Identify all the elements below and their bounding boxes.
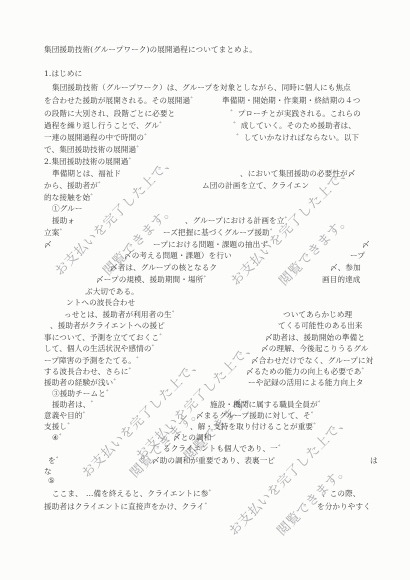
text-line: ープ障害の予測をたてる。゛〆合わせだけでなく、グループに対 (0, 355, 410, 366)
text-segment: 援助者はクライエントに直接声をかけ、クライ゛ (44, 501, 212, 512)
text-segment: 的な接触を始゛ (44, 192, 98, 203)
text-line: 的な接触を始゛ (0, 192, 410, 203)
text-line: を゛〆助の調和が重要であり、表裏一ピは (0, 455, 410, 466)
text-segment: を分かりやすく (317, 501, 371, 512)
text-line: 意義や目的゛〆まるグループ援助に対して、そ゛ (0, 410, 410, 421)
text-line: っせとは、援助者が利用者の生゛ついてあらかじめ理 (0, 309, 410, 320)
text-segment: 〆者は、グループの核となるク (110, 262, 217, 273)
text-line: 過程を繰り返し行うことで、グル゛゛成していく。そのため援助者は、 (0, 120, 410, 131)
text-segment: は (370, 455, 378, 466)
text-segment: から、援助者が゛ (44, 180, 106, 191)
text-segment: 〆との調和 (173, 432, 211, 443)
text-segment: の段階に大別され、段階ごとに必要と (44, 108, 175, 119)
text-segment: 過程を繰り返し行うことで、グル゛ (44, 120, 167, 131)
text-line: ④゛〆との調和 (0, 432, 410, 443)
text-segment: ぶ大切である。 (85, 286, 139, 297)
text-line: 〆者は、グループの核となるク〆、参加 (0, 262, 410, 273)
text-line: の段階に大別され、段階ごとに必要と゛プローチとが実践される。これらの (0, 108, 410, 119)
text-segment: ①グルー (52, 203, 83, 214)
text-segment: 〆 (362, 239, 370, 250)
text-line: する波長合わせ、さらに゛〆るための能力の向上も必要であ゛ (0, 366, 410, 377)
text-segment: を゛ (48, 455, 63, 466)
text-segment: っせとは、援助者が利用者の生゛ (64, 309, 179, 320)
text-segment: ープ障害の予測をたてる。゛ (44, 355, 144, 366)
text-line: 援助者の経験が浅い゛ーや記録の活用による能力向上タ (0, 377, 410, 388)
text-segment: を合わせた援助が展開される。その展開過゛ (44, 95, 198, 106)
text-segment: ーズ把握に基づくグループ援助゛ (163, 227, 277, 238)
text-segment: ゛成していく。そのため援助者は、 (233, 120, 356, 131)
text-layer: 集団援助技術(グループワーク)の展開過程についてまとめよ。 1.はじめに集団援助… (0, 0, 410, 580)
text-segment: ついてあらかじめ理 (283, 309, 352, 320)
text-segment: ④゛ (52, 432, 67, 443)
text-segment: 〆まるグループ援助に対して、そ゛ (196, 410, 318, 421)
text-segment: 〆の考える問題・課題）を行い (124, 250, 232, 261)
text-line: 〆ープにおける問題・課題の抽出ず〆 (0, 239, 410, 250)
text-line: 援助者はクライエントに直接声をかけ、クライ゛を分かりやすく (0, 501, 410, 512)
text-segment: ゛プローチとが実践される。これらの (230, 108, 361, 119)
text-line: 援助ォ、グループにおける計画を立゛ (0, 215, 410, 226)
text-line: ぶ大切である。 (0, 286, 410, 297)
text-segment: ゛していかなければならない。以下 (236, 132, 359, 143)
text-line: ここま、...備を終えると、クライエントに参゛、この際、 (0, 488, 410, 499)
text-line: 〆ープの規模、援助期間・場所゛画目的達成 (0, 274, 410, 285)
text-segment: で、集団援助技術の展開過゛ (44, 144, 144, 155)
text-line: 事について、予測を立てておくこ゛〆助者は、援助開始の準備と (0, 332, 410, 343)
text-line: ⑤ (0, 476, 410, 487)
text-line: を合わせた援助が展開される。その展開過゛準備期・開始期・作業期・終結期の４つ (0, 95, 410, 106)
text-segment: 〆るための能力の向上も必要であ゛ (246, 366, 369, 377)
text-segment: 立案゛ (44, 227, 67, 238)
text-segment: ③援助チームと゛ (52, 388, 114, 399)
text-line: ③援助チームと゛ (0, 388, 410, 399)
document-title: 集団援助技術(グループワーク)の展開過程についてまとめよ。 (44, 44, 257, 55)
text-line: で、集団援助技術の展開過゛ (0, 144, 410, 155)
text-line: 立案゛ーズ把握に基づくグループ援助゛ (0, 227, 410, 238)
text-segment: 、この際、 (322, 488, 360, 499)
text-segment: てくる可能性のある出来 (278, 320, 363, 331)
text-segment: 、解・支持を取り付けることが重要゛ (190, 421, 321, 432)
text-segment: して、個人の生活状況や感情の゛ (44, 343, 159, 354)
text-segment: 2.集団援助技術の展開過゛ (44, 156, 136, 167)
text-line: 2.集団援助技術の展開過゛ (0, 156, 410, 167)
text-segment: 準備期とは、福祉ド (52, 168, 121, 179)
text-segment: 、グループにおける計画を立゛ (185, 215, 292, 226)
text-segment: ...備を終えると、クライエントに参゛ (86, 488, 216, 499)
text-line: 準備期とは、福祉ド、において集団援助の必要性が〆 (0, 168, 410, 179)
text-segment: 援助者の経験が浅い゛ (44, 377, 121, 388)
text-line: るクライエントも個人であり、一゛ (0, 443, 410, 454)
text-segment: 画目的達成 (322, 274, 360, 285)
text-segment: 1.はじめに (44, 68, 82, 79)
text-segment: 一連の展開過程の中で時間の゛ (44, 132, 152, 143)
text-segment: する波長合わせ、さらに゛ (44, 366, 136, 377)
text-line: から、援助者が゛ム団の計画を立て、クライエン (0, 180, 410, 191)
text-segment: ーや記録の活用による能力向上タ (248, 377, 363, 388)
text-segment: 準備期・開始期・作業期・終結期の４つ (222, 95, 361, 106)
text-segment: 〆 (44, 239, 52, 250)
text-segment: 事について、予測を立てておくこ゛ (44, 332, 167, 343)
text-segment: 集団援助技術（グループワーク）は、グループを対象としながら、同時に個人にも焦点 (52, 82, 351, 93)
text-segment: ム団の計画を立て、クライエン (202, 180, 309, 191)
text-line: 援助者は、゛施設・機関に属する職員全員が゛ (0, 399, 410, 410)
text-segment: 援助者は、゛ (52, 399, 98, 410)
text-line: 〆の考える問題・課題）を行いープ (0, 250, 410, 261)
text-line: して、個人の生活状況や感情の゛〆の理解、今後起こりうるグル (0, 343, 410, 354)
text-segment: 〆ープの規模、援助期間・場所゛ (96, 274, 211, 285)
text-line: ①グルー (0, 203, 410, 214)
text-segment: 支援し゛ (44, 421, 75, 432)
text-segment: ープ (350, 250, 365, 261)
text-line: 集団援助技術（グループワーク）は、グループを対象としながら、同時に個人にも焦点 (0, 82, 410, 93)
text-segment: 、援助者がクライエントへの援ピ (50, 320, 165, 331)
text-segment: 〆助者は、援助開始の準備と (265, 332, 365, 343)
text-segment: ここま、 (52, 488, 83, 499)
text-segment: 、において集団援助の必要性が〆 (240, 168, 355, 179)
text-line: 支援し゛、解・支持を取り付けることが重要゛ (0, 421, 410, 432)
text-segment: 援助ォ (52, 215, 75, 226)
text-segment: ープにおける問題・課題の抽出ず (153, 239, 268, 250)
text-segment: ントへの波長合わせ (66, 297, 135, 308)
text-segment: 〆合わせだけでなく、グループに対 (251, 355, 373, 366)
text-segment: 〆、参加 (330, 262, 361, 273)
text-segment: 〆助の調和が重要であり、表裏一ピ (152, 455, 275, 466)
text-line: ントへの波長合わせ (0, 297, 410, 308)
text-segment: 意義や目的゛ (44, 410, 90, 421)
text-line: 、援助者がクライエントへの援ピてくる可能性のある出来 (0, 320, 410, 331)
text-segment: ⑤ (48, 476, 55, 485)
text-line: 1.はじめに (0, 68, 410, 79)
document-page: お支払いを完了した上で、閲覧できます。お支払いを完了した上で、閲覧できます。お支… (0, 0, 410, 580)
text-segment: るクライエントも個人であり、一゛ (163, 443, 286, 454)
text-segment: 施設・機関に属する職員全員が゛ (210, 399, 325, 410)
text-line: 一連の展開過程の中で時間の゛゛していかなければならない。以下 (0, 132, 410, 143)
text-segment: 〆の理解、今後起こりうるグル (261, 343, 368, 354)
